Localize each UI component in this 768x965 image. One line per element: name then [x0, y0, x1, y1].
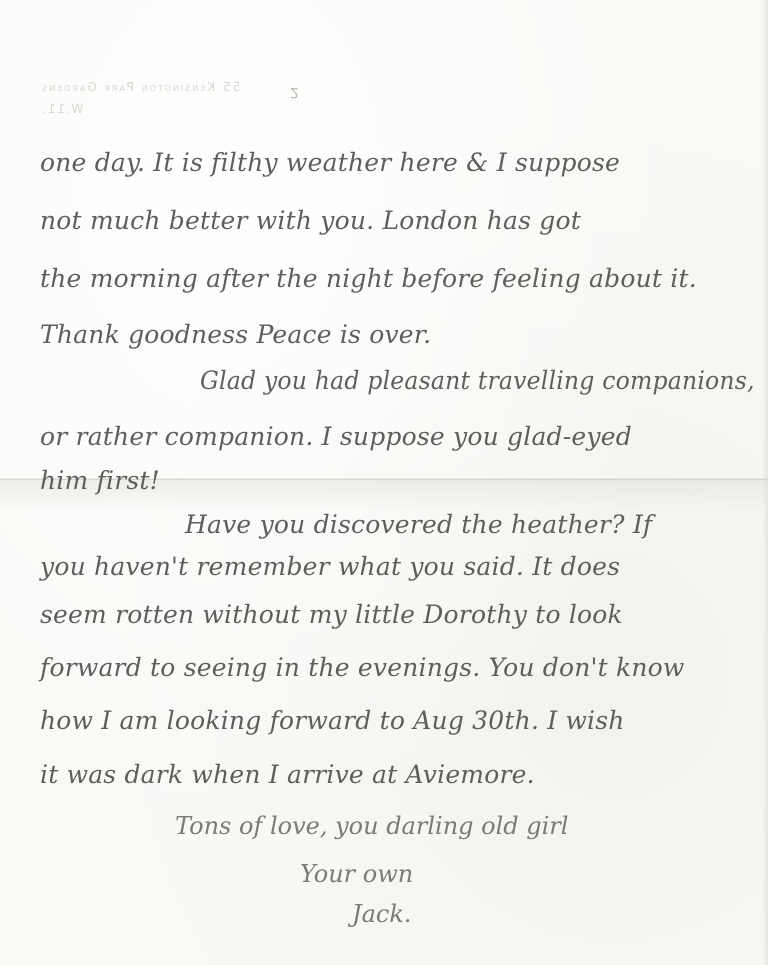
signature: Jack.	[352, 900, 412, 928]
letter-line: Have you discovered the heather? If	[185, 510, 652, 539]
paper-edge	[762, 0, 768, 965]
letter-line: it was dark when I arrive at Aviemore.	[40, 760, 535, 789]
letter-line: you haven't remember what you said. It d…	[40, 552, 620, 581]
letter-line: one day. It is filthy weather here & I s…	[40, 148, 620, 177]
closing-yours: Your own	[300, 860, 413, 888]
letter-line: Glad you had pleasant travelling compani…	[200, 366, 755, 395]
letter-line: Thank goodness Peace is over.	[40, 320, 431, 349]
letterhead-address: 55 Kensington Park Gardens	[40, 80, 240, 94]
letterhead-postcode: W.11.	[40, 102, 83, 116]
closing-line: Tons of love, you darling old girl	[175, 812, 568, 840]
letter-line: or rather companion. I suppose you glad-…	[40, 422, 632, 451]
letter-line: not much better with you. London has got	[40, 206, 581, 235]
letter-line: him first!	[40, 466, 160, 495]
letter-line: the morning after the night before feeli…	[40, 264, 697, 293]
letter-line: seem rotten without my little Dorothy to…	[40, 600, 623, 629]
letter-line: forward to seeing in the evenings. You d…	[40, 653, 685, 682]
embossed-letterhead: 55 Kensington Park Gardens W.11.	[40, 80, 480, 130]
letter-line: how I am looking forward to Aug 30th. I …	[40, 706, 625, 735]
page-number: 2	[290, 84, 299, 100]
